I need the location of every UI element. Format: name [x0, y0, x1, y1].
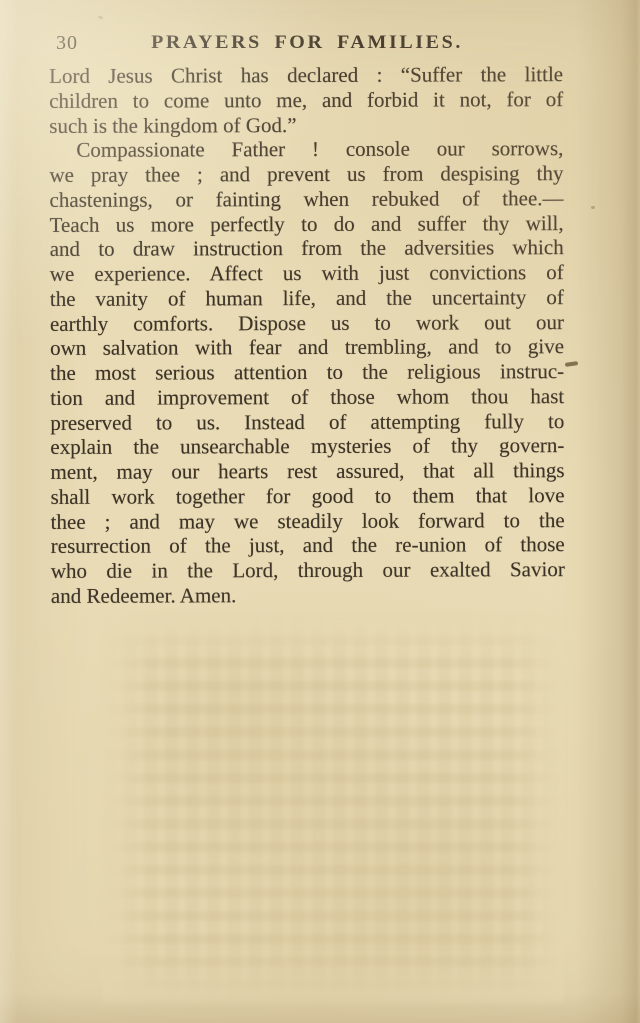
text-line: Teach us more perfectly to do and suffer…: [50, 211, 564, 238]
paper-speck: [565, 361, 578, 367]
text-line: who die in the Lord, through our exalted…: [51, 557, 565, 584]
text-line: resurrection of the just, and the re-uni…: [51, 532, 565, 559]
text-line: preserved to us. Instead of attempting f…: [50, 409, 564, 436]
text-line: the most serious attention to the religi…: [50, 359, 564, 386]
text-line: Compassionate Father ! console our sorro…: [49, 136, 563, 163]
scanned-book-page: 30 PRAYERS FOR FAMILIES. Lord Jesus Chri…: [0, 0, 640, 1023]
text-line: Lord Jesus Christ has declared : “Suffer…: [49, 62, 563, 89]
text-line: we pray thee ; and prevent us from despi…: [49, 161, 563, 188]
running-title: PRAYERS FOR FAMILIES.: [50, 31, 564, 53]
text-line: explain the unsearchable mysteries of th…: [50, 433, 564, 460]
text-line: and to draw instruction from the adversi…: [50, 235, 564, 262]
text-line: earthly comforts. Dispose us to work out…: [50, 310, 564, 337]
prayer-text-block: Lord Jesus Christ has declared : “Suffer…: [49, 62, 565, 608]
text-line: tion and improvement of those whom thou …: [50, 384, 564, 411]
bleedthrough-texture: [102, 612, 564, 1004]
text-line: shall work together for good to them tha…: [51, 483, 565, 510]
page-header: 30 PRAYERS FOR FAMILIES.: [50, 31, 564, 57]
text-line: and Redeemer. Amen.: [51, 582, 565, 609]
text-line: we experience. Affect us with just convi…: [50, 260, 564, 287]
text-line: chastenings, or fainting when rebuked of…: [49, 186, 563, 213]
text-line: the vanity of human life, and the uncert…: [50, 285, 564, 312]
text-line: own salvation with fear and trembling, a…: [50, 334, 564, 361]
paper-speck: [591, 206, 595, 209]
text-line: children to come unto me, and forbid it …: [49, 87, 563, 114]
text-line: such is the kingdom of God.”: [49, 112, 563, 139]
text-line: ment, may our hearts rest assured, that …: [50, 458, 564, 485]
paper-speck: [98, 15, 104, 20]
text-line: thee ; and may we steadily look forward …: [51, 508, 565, 535]
